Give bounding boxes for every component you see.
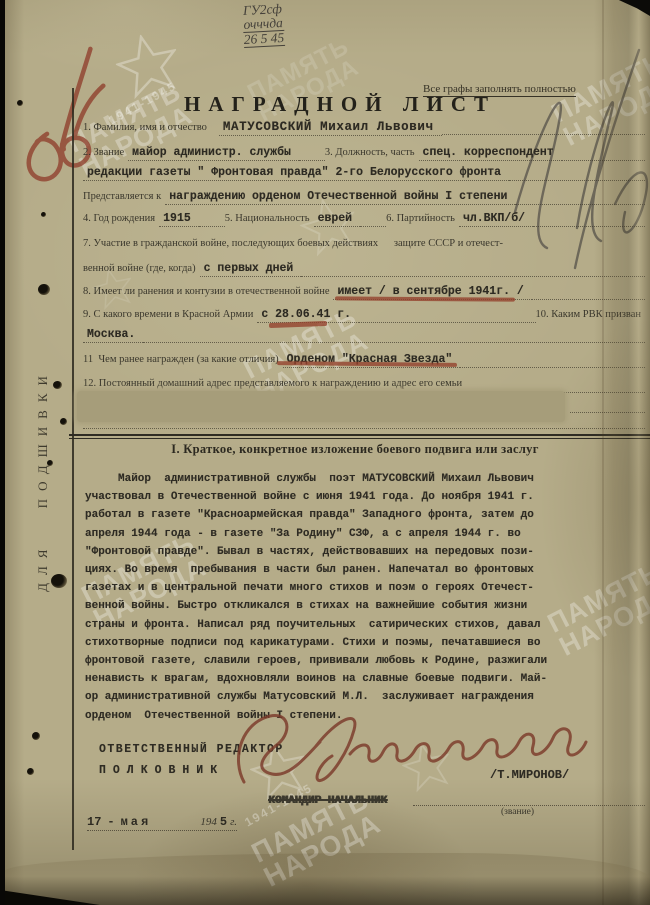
dotted-rule	[299, 146, 325, 161]
field-label: 2. Звание	[83, 147, 128, 158]
binding-label: ДЛЯ ПОДШИВКИ	[35, 368, 51, 592]
date-year-printed: 194	[200, 816, 217, 828]
typed-value: Москва.	[83, 328, 143, 343]
date-dash: -	[101, 815, 120, 829]
form-left-border	[72, 88, 74, 850]
field-1-name: 1. Фамилия, имя и отчество МАТУСОВСКИЙ М…	[83, 120, 645, 135]
typed-value: с первых дней	[200, 262, 302, 277]
field-3-continuation: редакции газеты " Фронтовая правда" 2-го…	[83, 166, 645, 181]
divider-rule	[69, 438, 650, 439]
typed-value: редакции газеты " Фронтовая правда" 2-го…	[83, 166, 509, 181]
archive-note: ГУ2сф очччда 26 5 45	[242, 2, 285, 48]
dotted-rule-row	[83, 414, 645, 429]
field-label: 4. Год рождения	[83, 213, 159, 224]
scanned-award-sheet: 1941-1945 ПАМЯТЬ НАРОДА ПАМЯТЬ НАРОДА ПА…	[0, 0, 650, 905]
hole-punch	[41, 212, 46, 217]
paper-fold	[5, 853, 650, 905]
field-7-participation: 7. Участие в гражданской войне, последую…	[83, 238, 645, 253]
field-4-5-6-birth-nationality-party: 4. Год рождения 1915 5. Национальность е…	[83, 212, 645, 227]
hole-punch	[17, 100, 23, 106]
hole-punch	[51, 574, 67, 588]
typed-value: чл.ВКП/б/	[459, 212, 533, 227]
hole-punch	[53, 381, 62, 389]
rank-caption: (звание)	[501, 807, 534, 817]
field-presented-for: Представляется к награждению орденом Оте…	[83, 190, 645, 205]
paper-crease-line	[602, 0, 604, 905]
dotted-rule	[143, 328, 645, 343]
field-label: Представляется к	[83, 191, 165, 202]
section-heading: I. Краткое, конкретное изложение боевого…	[115, 442, 595, 457]
hole-punch	[47, 460, 53, 466]
red-pencil-mark	[5, 41, 126, 187]
date-month: мая	[121, 815, 152, 829]
field-label: 3. Должность, часть	[325, 147, 419, 158]
typed-value: спец. корреспондент	[419, 146, 562, 161]
struck-rank-text: КОМАНДИР-НАЧАЛЬНИК	[268, 795, 387, 807]
date-day: 17	[87, 815, 101, 829]
dotted-rule	[83, 414, 645, 429]
field-label: 1. Фамилия, имя и отчество	[83, 122, 211, 133]
typed-value: МАТУСОВСКИЙ Михаил Львович	[219, 120, 442, 136]
field-label: 11 Чем ранее награжден (за какие отличия…	[83, 354, 283, 365]
red-underline	[335, 296, 515, 301]
field-label: 5. Национальность	[225, 213, 314, 224]
signature-autograph	[230, 702, 600, 797]
hole-punch	[60, 418, 67, 425]
hole-punch	[38, 284, 50, 295]
signature-role-colonel: ПОЛКОВНИК	[99, 764, 224, 777]
archive-note-line: 26 5 45	[243, 31, 284, 48]
typed-value: майор администр. службы	[128, 146, 299, 161]
field-label: 8. Имеет ли ранения и контузии в отечест…	[83, 286, 333, 297]
typed-value: еврей	[314, 212, 361, 227]
date-suffix: г.	[230, 816, 237, 828]
dotted-rule	[360, 212, 386, 227]
typed-value: награждению орденом Отечественной войны …	[165, 190, 515, 205]
date-year-typed: 5	[217, 815, 230, 829]
field-label: 7. Участие в гражданской войне, последую…	[83, 238, 507, 249]
date-row: 17 - мая 194 5 г.	[87, 815, 237, 831]
divider-rule	[69, 434, 650, 436]
page-title: НАГРАДНОЙ ЛИСТ	[155, 92, 525, 117]
field-label: венной войне (где, когда)	[83, 263, 200, 274]
dotted-rule	[359, 308, 535, 323]
field-7-continuation: венной войне (где, когда) с первых дней	[83, 262, 645, 277]
paper-sheet: 1941-1945 ПАМЯТЬ НАРОДА ПАМЯТЬ НАРОДА ПА…	[5, 0, 650, 905]
field-10-value: Москва.	[83, 328, 645, 343]
hole-punch	[32, 732, 40, 740]
field-label: 9. С какого времени в Красной Армии	[83, 309, 257, 320]
field-2-3-rank-position: 2. Звание майор администр. службы 3. Дол…	[83, 146, 645, 161]
typed-value: 1915	[159, 212, 199, 227]
hole-punch	[27, 768, 34, 775]
field-9-10-army-service: 9. С какого времени в Красной Армии с 28…	[83, 308, 645, 323]
citation-body: Майор административной службы поэт МАТУС…	[85, 470, 547, 725]
signature-name-typed: /Т.МИРОНОВ/	[490, 768, 569, 782]
field-label: 12. Постоянный домашний адрес представля…	[83, 378, 466, 389]
field-label: 6. Партийность	[386, 213, 459, 224]
dotted-rule	[199, 212, 225, 227]
